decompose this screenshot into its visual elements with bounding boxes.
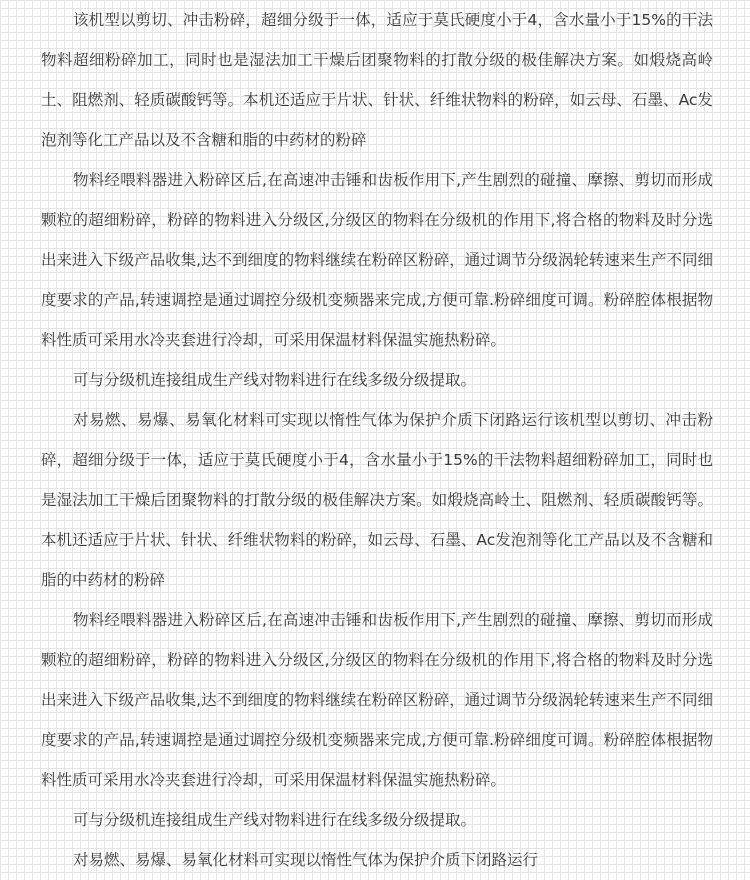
- paragraph-inert-gas-intro: 对易燃、易爆、易氧化材料可实现以惰性气体为保护介质下闭路运行该机型以剪切、冲击粉…: [41, 400, 713, 600]
- paragraph-working-principle-repeat: 物料经喂料器进入粉碎区后,在高速冲击锤和齿板作用下,产生剧烈的碰撞、摩擦、剪切而…: [41, 600, 713, 800]
- paragraph-inert-gas: 对易燃、易爆、易氧化材料可实现以惰性气体为保护介质下闭路运行: [41, 840, 713, 879]
- paragraph-intro: 该机型以剪切、冲击粉碎，超细分级于一体，适应于莫氏硬度小于4，含水量小于15%的…: [41, 0, 713, 160]
- document-body: 该机型以剪切、冲击粉碎，超细分级于一体，适应于莫氏硬度小于4，含水量小于15%的…: [41, 0, 713, 879]
- paragraph-working-principle: 物料经喂料器进入粉碎区后,在高速冲击锤和齿板作用下,产生剧烈的碰撞、摩擦、剪切而…: [41, 160, 713, 360]
- paragraph-production-line-repeat: 可与分级机连接组成生产线对物料进行在线多级分级提取。: [41, 800, 713, 840]
- paragraph-production-line: 可与分级机连接组成生产线对物料进行在线多级分级提取。: [41, 360, 713, 400]
